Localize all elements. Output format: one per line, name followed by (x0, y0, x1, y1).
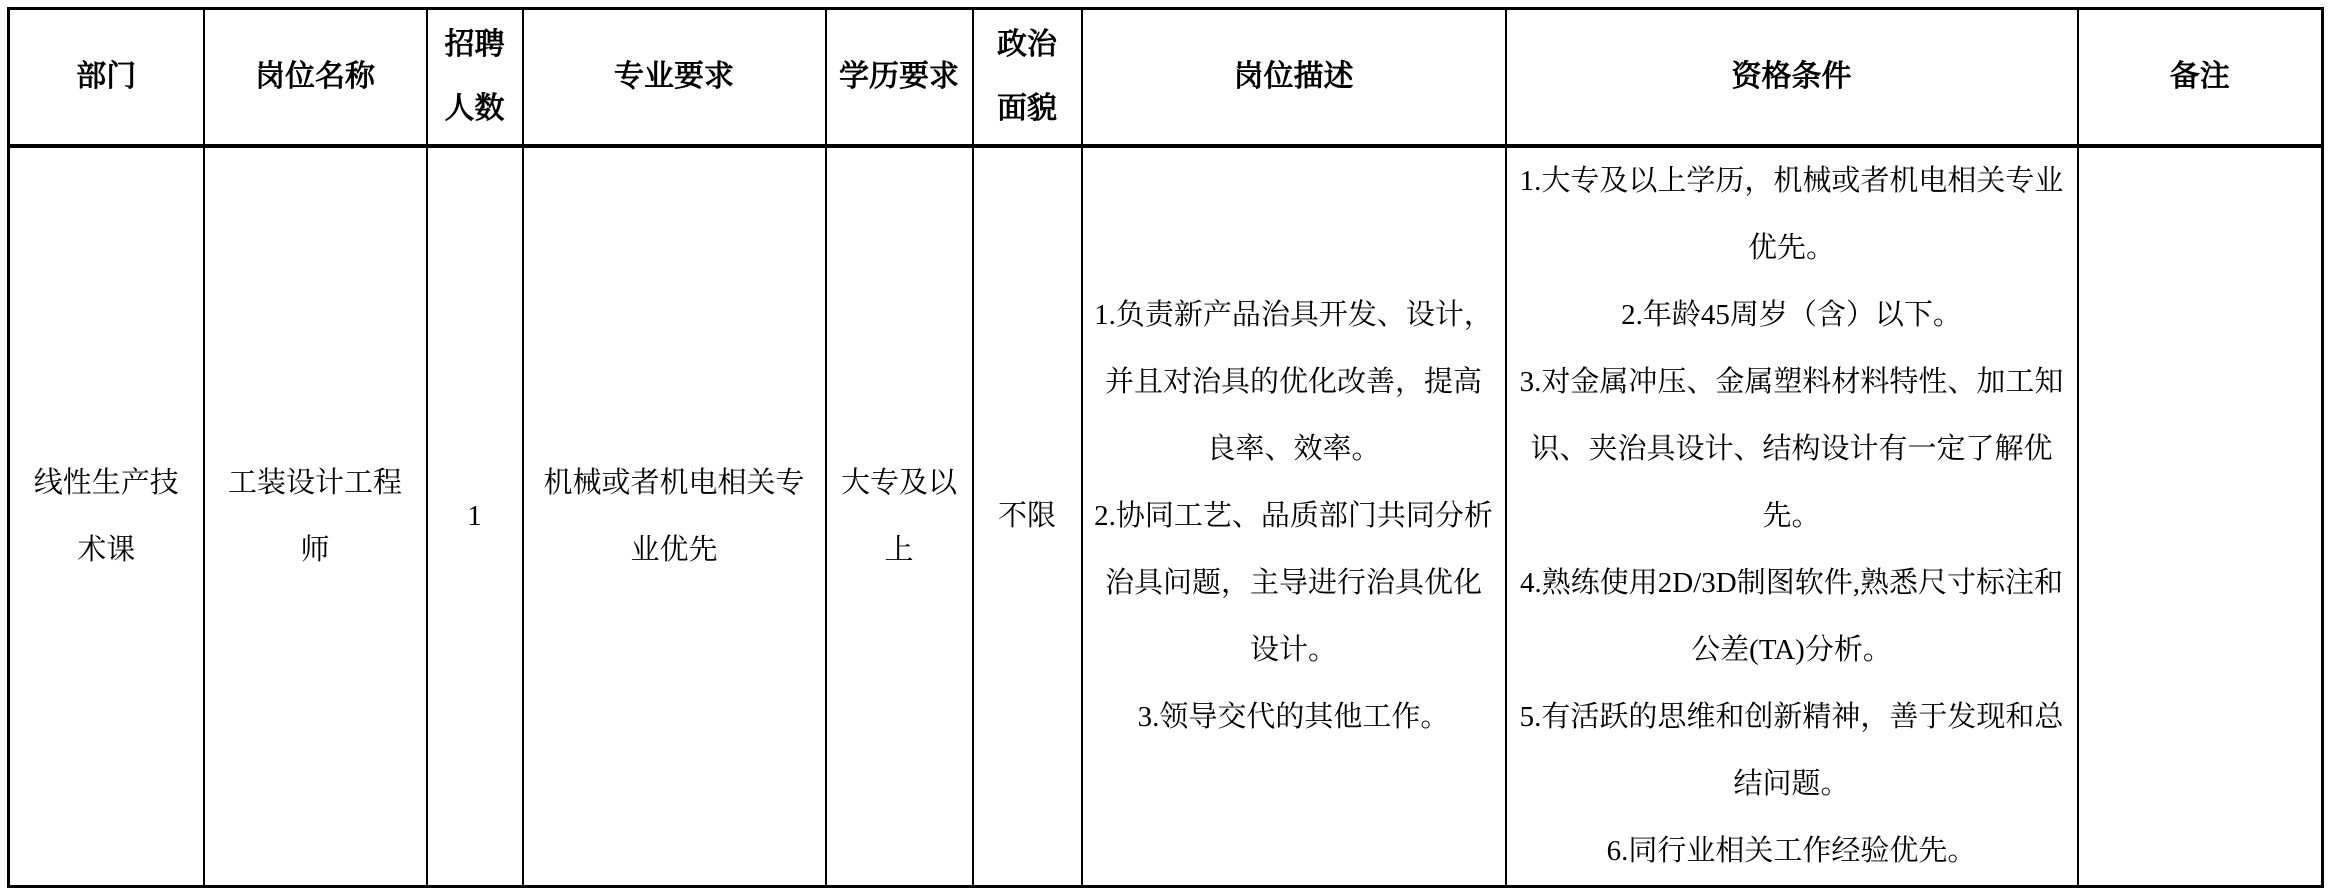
document-page: 部门 岗位名称 招聘 人数 专业要求 学历要求 政治 面貌 岗位描述 资格条件 … (0, 0, 2332, 890)
header-cell-major: 专业要求 (523, 9, 826, 147)
cell-position: 工装设计工程 师 (204, 146, 427, 887)
header-cell-political: 政治 面貌 (973, 9, 1082, 147)
cell-qualifications: 1.大专及以上学历，机械或者机电相关专业 优先。 2.年龄45周岁（含）以下。 … (1506, 146, 2078, 887)
header-cell-headcount: 招聘 人数 (427, 9, 523, 147)
header-cell-remarks: 备注 (2078, 9, 2323, 147)
cell-education: 大专及以 上 (826, 146, 973, 887)
header-cell-education: 学历要求 (826, 9, 973, 147)
header-cell-description: 岗位描述 (1082, 9, 1506, 147)
cell-major: 机械或者机电相关专 业优先 (523, 146, 826, 887)
header-row: 部门 岗位名称 招聘 人数 专业要求 学历要求 政治 面貌 岗位描述 资格条件 … (9, 9, 2323, 147)
header-cell-position: 岗位名称 (204, 9, 427, 147)
cell-political: 不限 (973, 146, 1082, 887)
header-cell-department: 部门 (9, 9, 204, 147)
cell-department: 线性生产技 术课 (9, 146, 204, 887)
recruitment-table: 部门 岗位名称 招聘 人数 专业要求 学历要求 政治 面貌 岗位描述 资格条件 … (7, 7, 2324, 888)
table-row: 线性生产技 术课 工装设计工程 师 1 机械或者机电相关专 业优先 大专及以 上… (9, 146, 2323, 887)
cell-headcount: 1 (427, 146, 523, 887)
header-cell-qualifications: 资格条件 (1506, 9, 2078, 147)
cell-description: 1.负责新产品治具开发、设计， 并且对治具的优化改善，提高 良率、效率。 2.协… (1082, 146, 1506, 887)
cell-remarks (2078, 146, 2323, 887)
